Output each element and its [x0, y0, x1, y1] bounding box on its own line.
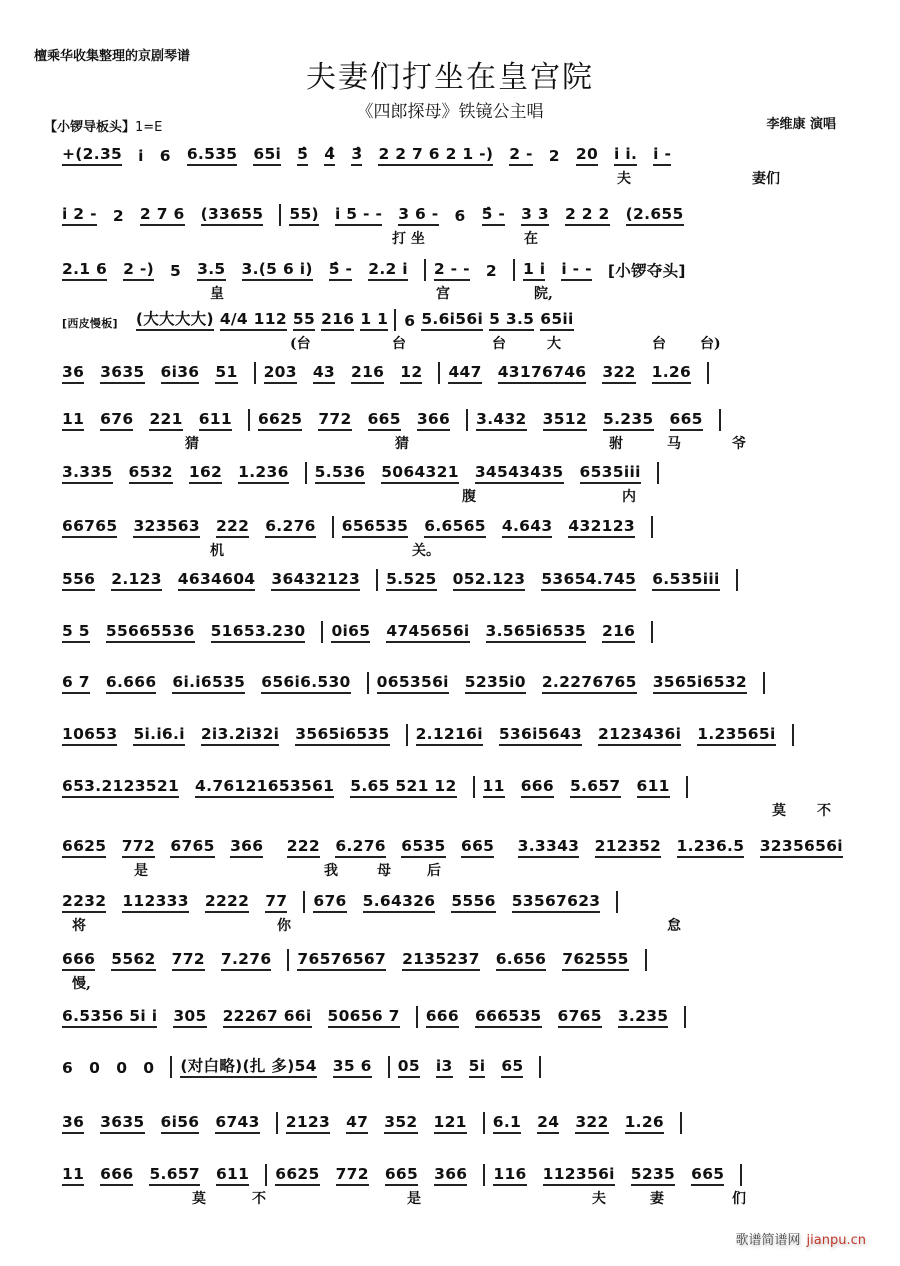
note-group: 5i.i6.i: [133, 725, 184, 746]
notation-line: 662577267653662226.27665356653.334321235…: [62, 832, 842, 858]
lyric-syllable: 莫: [772, 800, 786, 820]
notation-line: 3.33565321621.2365.536506432134543435653…: [62, 458, 842, 484]
note-group: 432123: [568, 517, 635, 538]
note-group: 6.276: [335, 837, 386, 858]
note-group: 5.235: [603, 410, 654, 431]
note-group: 6.656: [496, 950, 547, 971]
note-group: 10653: [62, 725, 117, 746]
note-group: 6 7: [62, 673, 90, 694]
notation-line: [西皮慢板](大大大大)4/4 112552161 165.6i56i5 3.5…: [62, 305, 842, 331]
note-group: 5.536: [315, 463, 366, 484]
lyrics-line: 猜猜驸马爷: [62, 433, 842, 451]
lyrics-line: 夫妻们: [62, 168, 842, 186]
note-group: 665: [368, 410, 401, 431]
note-group: i: [138, 147, 144, 166]
note-group: 366: [417, 410, 450, 431]
barline: [680, 1112, 682, 1134]
barline: [719, 409, 721, 431]
note-group: 3565i6532: [653, 673, 747, 694]
note-group: 2.1216i: [416, 725, 483, 746]
note-group: 222: [216, 517, 249, 538]
note-group: 50656 7: [328, 1007, 400, 1028]
note-group: 65i: [253, 145, 281, 166]
lyric-syllable: 台): [700, 333, 721, 353]
lyric-syllable: 妻们: [752, 168, 780, 188]
lyrics-line: 打 坐在: [62, 228, 842, 246]
note-group: 6625: [62, 837, 106, 858]
lyric-syllable: 妻: [650, 1188, 664, 1208]
lyric-syllable: 夫: [592, 1188, 606, 1208]
note-group: 6.535: [187, 145, 238, 166]
note-group: 5.65 521 12: [350, 777, 456, 798]
note-group: [小锣夺头]: [608, 262, 686, 281]
note-group: 24: [537, 1113, 559, 1134]
lyric-syllable: 猜: [395, 433, 409, 453]
watermark-url: jianpu.cn: [807, 1233, 866, 1248]
note-group: 3512: [543, 410, 587, 431]
barline: [265, 1164, 267, 1186]
notation-line: 2.1 62 -)53.53.(5 6 i)5̂ -2.2 i2 - -21 i…: [62, 255, 842, 281]
barline: [376, 569, 378, 591]
note-group: 2: [113, 207, 124, 226]
note-group: 1.26: [625, 1113, 664, 1134]
note-group: 447: [448, 363, 481, 384]
note-group: 322: [602, 363, 635, 384]
note-group: 36: [62, 363, 84, 384]
barline: [248, 409, 250, 431]
note-group: 1 i: [523, 260, 545, 281]
note-group: 216: [351, 363, 384, 384]
lyric-syllable: 院,: [534, 283, 553, 303]
barline: [651, 621, 653, 643]
note-group: 5̂ -: [329, 260, 353, 281]
barline: [303, 891, 305, 913]
note-group: 5235: [631, 1165, 675, 1186]
lyric-syllable: 慢,: [72, 973, 91, 993]
lyric-syllable: 夫: [617, 168, 631, 188]
note-group: 3235656i: [760, 837, 843, 858]
note-group: 5̂ -: [482, 205, 506, 226]
note-group: 611: [637, 777, 670, 798]
note-group: 36: [62, 1113, 84, 1134]
note-group: 43176746: [498, 363, 587, 384]
note-group: 6625: [275, 1165, 319, 1186]
lyrics-line: 机关。: [62, 540, 842, 558]
note-group: 1 1: [360, 310, 388, 331]
note-group: 36432123: [271, 570, 360, 591]
lyric-syllable: 你: [277, 915, 291, 935]
note-group: 6.6565: [424, 517, 486, 538]
notation-line: 653.21235214.761216535615.65 521 1211666…: [62, 772, 842, 798]
note-group: 5.6i56i: [421, 310, 483, 331]
note-group: 2 - -: [434, 260, 470, 281]
note-group: i -: [653, 145, 671, 166]
barline: [483, 1164, 485, 1186]
note-group: 772: [318, 410, 351, 431]
note-group: 772: [122, 837, 155, 858]
barline: [367, 672, 369, 694]
note-group: 1.236: [238, 463, 289, 484]
note-group: 05: [398, 1057, 420, 1078]
notation-line: 66655627727.2767657656721352376.65676255…: [62, 945, 842, 971]
notation-line: 116665.6576116625772665366116112356i5235…: [62, 1160, 842, 1186]
watermark: 歌谱简谱网jianpu.cn: [736, 1229, 866, 1248]
song-title: 夫妻们打坐在皇宫院: [0, 52, 900, 96]
note-group: 162: [189, 463, 222, 484]
lyrics-line: 腹内: [62, 486, 842, 504]
note-group: 6532: [129, 463, 173, 484]
note-group: 2.123: [111, 570, 162, 591]
note-group: 0: [89, 1059, 100, 1078]
lyric-syllable: 台: [392, 333, 406, 353]
note-group: 5.525: [386, 570, 437, 591]
lyric-syllable: 在: [524, 228, 538, 248]
lyric-syllable: 马: [667, 433, 681, 453]
note-group: 5562: [111, 950, 155, 971]
barline: [483, 1112, 485, 1134]
note-group: 4/4 112: [220, 310, 287, 331]
note-group: 3.565i6535: [486, 622, 586, 643]
lyric-syllable: 我: [324, 860, 338, 880]
notation-line: 6000(对白略)(扎 多)5435 605i35i65: [62, 1052, 842, 1078]
note-group: 77: [265, 892, 287, 913]
barline: [684, 1006, 686, 1028]
note-group: 6535: [401, 837, 445, 858]
note-group: 5: [170, 262, 181, 281]
lyric-syllable: 机: [210, 540, 224, 560]
notation-line: 6.5356 5i i30522267 66i50656 76666665356…: [62, 1002, 842, 1028]
note-group: 55): [289, 205, 319, 226]
notation-line: 1167622161166257726653663.43235125.23566…: [62, 405, 842, 431]
note-group: 556: [62, 570, 95, 591]
note-group: 656535: [342, 517, 409, 538]
note-group: 51: [215, 363, 237, 384]
notation-line: 22321123332222776765.64326555653567623: [62, 887, 842, 913]
note-group: 11: [483, 777, 505, 798]
barline: [686, 776, 688, 798]
note-group: 6.5356 5i i: [62, 1007, 157, 1028]
lyric-syllable: 大: [547, 333, 561, 353]
note-group: 3 6 -: [398, 205, 438, 226]
lyric-syllable: 台: [652, 333, 666, 353]
note-group: 6i56: [161, 1113, 200, 1134]
lyric-syllable: (台: [290, 333, 311, 353]
note-group: 772: [172, 950, 205, 971]
note-group: 2.2276765: [542, 673, 637, 694]
lyrics-line: 是我母后: [62, 860, 842, 878]
note-group: 6: [404, 312, 415, 331]
lyric-syllable: 内: [622, 486, 636, 506]
key-signature: 1=E: [135, 120, 162, 135]
note-group: 76576567: [297, 950, 386, 971]
note-group: 2123436i: [598, 725, 681, 746]
lyric-syllable: 是: [407, 1188, 421, 1208]
note-group: 6: [160, 147, 171, 166]
note-group: 322: [575, 1113, 608, 1134]
barline: [287, 949, 289, 971]
note-group: 676: [313, 892, 346, 913]
barline: [707, 362, 709, 384]
note-group: 665: [691, 1165, 724, 1186]
note-group: 6625: [258, 410, 302, 431]
note-group: 352: [384, 1113, 417, 1134]
barline: [740, 1164, 742, 1186]
barline: [513, 259, 515, 281]
notation-line: 3636356i5667432123473521216.1243221.26: [62, 1108, 842, 1134]
note-group: 665: [670, 410, 703, 431]
barline: [763, 672, 765, 694]
barline: [321, 621, 323, 643]
barline: [424, 259, 426, 281]
note-group: 0: [116, 1059, 127, 1078]
notation-line: 5 55566553651653.2300i654745656i3.565i65…: [62, 617, 842, 643]
notation-line: 106535i.i6.i2i3.2i32i3565i65352.1216i536…: [62, 720, 842, 746]
note-group: 666: [62, 950, 95, 971]
notation-line: 667653235632226.2766565356.65654.6434321…: [62, 512, 842, 538]
barline: [736, 569, 738, 591]
note-group: 3.335: [62, 463, 113, 484]
barline: [645, 949, 647, 971]
notation-line: +(2.35i66.53565i5̂4̂3̂2 2 7 6 2 1 -)2 -2…: [62, 140, 842, 166]
lyric-syllable: 关。: [412, 540, 440, 560]
barline: [651, 516, 653, 538]
note-group: 2 7 6: [140, 205, 185, 226]
note-group: 47: [346, 1113, 368, 1134]
note-group: 53654.745: [541, 570, 636, 591]
lyric-syllable: 台: [492, 333, 506, 353]
note-group: +(2.35: [62, 145, 122, 166]
section-tag: [西皮慢板]: [62, 315, 118, 331]
note-group: 665: [385, 1165, 418, 1186]
barline: [279, 204, 281, 226]
note-group: 216: [321, 310, 354, 331]
note-group: 305: [173, 1007, 206, 1028]
note-group: 2: [486, 262, 497, 281]
note-group: 1.26: [652, 363, 691, 384]
note-group: 216: [602, 622, 635, 643]
note-group: i i.: [614, 145, 637, 166]
note-group: 6.666: [106, 673, 157, 694]
lyrics-line: 将你怠: [62, 915, 842, 933]
note-group: 112356i: [543, 1165, 615, 1186]
note-group: 3635: [100, 1113, 144, 1134]
barline: [332, 516, 334, 538]
note-group: 3.3343: [518, 837, 580, 858]
note-group: 4634604: [178, 570, 256, 591]
note-group: 762555: [562, 950, 629, 971]
notation-line: 5562.1234634604364321235.525052.12353654…: [62, 565, 842, 591]
note-group: 121: [434, 1113, 467, 1134]
note-group: (33655: [201, 205, 264, 226]
lyrics-line: (台台台大台台): [62, 333, 842, 351]
note-group: 55665536: [106, 622, 195, 643]
lyric-syllable: 母: [377, 860, 391, 880]
note-group: 4745656i: [386, 622, 469, 643]
note-group: 22267 66i: [223, 1007, 312, 1028]
watermark-site-name: 歌谱简谱网: [736, 1233, 801, 1248]
note-group: 5 3.5: [489, 310, 534, 331]
barline: [416, 1006, 418, 1028]
note-group: 5̂: [297, 145, 308, 166]
note-group: 2135237: [402, 950, 480, 971]
note-group: 222: [287, 837, 320, 858]
notation-line: 6 76.6666i.i6535656i6.530065356i5235i02.…: [62, 668, 842, 694]
note-group: 3635: [100, 363, 144, 384]
note-group: 2: [549, 147, 560, 166]
note-group: 6765: [558, 1007, 602, 1028]
lyric-syllable: 后: [427, 860, 441, 880]
note-group: 653.2123521: [62, 777, 179, 798]
note-group: 34543435: [475, 463, 564, 484]
note-group: 35 6: [333, 1057, 372, 1078]
note-group: 6: [62, 1059, 73, 1078]
note-group: 1.23565i: [697, 725, 775, 746]
note-group: 666: [521, 777, 554, 798]
note-group: 666: [100, 1165, 133, 1186]
note-group: 2 -: [509, 145, 533, 166]
lyrics-line: 皇宫院,: [62, 283, 842, 301]
note-group: 65ii: [540, 310, 573, 331]
notation-line: i 2 -22 7 6(3365555)i 5 - -3 6 -65̂ -3 3…: [62, 200, 842, 226]
note-group: 5235i0: [465, 673, 526, 694]
note-group: 6.276: [265, 517, 316, 538]
note-group: 6535iii: [580, 463, 641, 484]
lyrics-line: 莫不: [62, 800, 842, 818]
note-group: 4.76121653561: [195, 777, 334, 798]
note-group: 611: [199, 410, 232, 431]
note-group: 3565i6535: [295, 725, 389, 746]
note-group: 3.432: [476, 410, 527, 431]
note-group: 666535: [475, 1007, 542, 1028]
barline: [616, 891, 618, 913]
note-group: 6743: [215, 1113, 259, 1134]
note-group: 2 -): [123, 260, 154, 281]
note-group: 55: [293, 310, 315, 331]
note-group: 065356i: [377, 673, 449, 694]
intro-label: 【小锣导板头】: [44, 120, 135, 135]
note-group: 66765: [62, 517, 117, 538]
note-group: 052.123: [453, 570, 526, 591]
barline: [466, 409, 468, 431]
note-group: 51653.230: [211, 622, 306, 643]
note-group: (对白略)(扎 多)54: [180, 1057, 316, 1078]
note-group: 665: [461, 837, 494, 858]
note-group: 43: [313, 363, 335, 384]
note-group: 323563: [133, 517, 200, 538]
note-group: 3.5: [197, 260, 225, 281]
note-group: 6: [455, 207, 466, 226]
note-group: 5.657: [149, 1165, 200, 1186]
note-group: i 5 - -: [335, 205, 382, 226]
note-group: 536i5643: [499, 725, 582, 746]
note-group: i - -: [561, 260, 591, 281]
note-group: 203: [264, 363, 297, 384]
barline: [276, 1112, 278, 1134]
note-group: 12: [400, 363, 422, 384]
note-group: 6.535iii: [652, 570, 719, 591]
note-group: 7.276: [221, 950, 272, 971]
note-group: 366: [434, 1165, 467, 1186]
note-group: 5i: [469, 1057, 486, 1078]
lyric-syllable: 不: [817, 800, 831, 820]
lyric-syllable: 怠: [667, 915, 681, 935]
note-group: (2.655: [626, 205, 684, 226]
note-group: 5 5: [62, 622, 90, 643]
note-group: 6i36: [161, 363, 200, 384]
note-group: 666: [426, 1007, 459, 1028]
note-group: 65: [501, 1057, 523, 1078]
barline: [473, 776, 475, 798]
lyric-syllable: 猜: [185, 433, 199, 453]
notation-line: 3636356i36512034321612447431767463221.26: [62, 358, 842, 384]
note-group: (大大大大): [136, 310, 214, 331]
note-group: 2.2 i: [368, 260, 408, 281]
barline: [394, 309, 396, 331]
lyrics-line: 慢,: [62, 973, 842, 991]
lyric-syllable: 皇: [210, 283, 224, 303]
note-group: 611: [216, 1165, 249, 1186]
note-group: 0i65: [331, 622, 370, 643]
lyrics-line: 莫不是夫妻们: [62, 1188, 842, 1206]
note-group: 676: [100, 410, 133, 431]
lyric-syllable: 将: [72, 915, 86, 935]
note-group: 5.657: [570, 777, 621, 798]
note-group: 5.64326: [363, 892, 436, 913]
lyric-syllable: 是: [134, 860, 148, 880]
note-group: 11: [62, 410, 84, 431]
note-group: 6i.i6535: [172, 673, 245, 694]
note-group: 116: [493, 1165, 526, 1186]
note-group: 366: [230, 837, 263, 858]
note-group: 6765: [170, 837, 214, 858]
note-group: 772: [336, 1165, 369, 1186]
note-group: 1.236.5: [677, 837, 745, 858]
note-group: 5556: [451, 892, 495, 913]
lyric-syllable: 不: [252, 1188, 266, 1208]
note-group: 3̂: [351, 145, 362, 166]
note-group: 20: [576, 145, 598, 166]
note-group: 4.643: [502, 517, 553, 538]
lyric-syllable: 们: [732, 1188, 746, 1208]
lyric-syllable: 爷: [732, 433, 746, 453]
note-group: 2i3.2i32i: [201, 725, 279, 746]
note-group: 212352: [595, 837, 662, 858]
note-group: 4̂: [324, 145, 335, 166]
note-group: 3.235: [618, 1007, 669, 1028]
barline: [539, 1056, 541, 1078]
note-group: 0: [143, 1059, 154, 1078]
tempo-label: 【小锣导板头】1=E: [44, 116, 162, 135]
lyric-syllable: 宫: [436, 283, 450, 303]
note-group: 53567623: [512, 892, 601, 913]
note-group: 6.1: [493, 1113, 521, 1134]
note-group: 112333: [122, 892, 189, 913]
lyric-syllable: 莫: [192, 1188, 206, 1208]
note-group: 2232: [62, 892, 106, 913]
note-group: 3.(5 6 i): [242, 260, 313, 281]
lyric-syllable: 驸: [609, 433, 623, 453]
note-group: i3: [436, 1057, 453, 1078]
note-group: 2 2 2: [565, 205, 610, 226]
barline: [792, 724, 794, 746]
barline: [406, 724, 408, 746]
performer-credit: 李维康 演唱: [766, 113, 836, 132]
barline: [305, 462, 307, 484]
note-group: i 2 -: [62, 205, 97, 226]
note-group: 2123: [286, 1113, 330, 1134]
note-group: 2.1 6: [62, 260, 107, 281]
barline: [254, 362, 256, 384]
